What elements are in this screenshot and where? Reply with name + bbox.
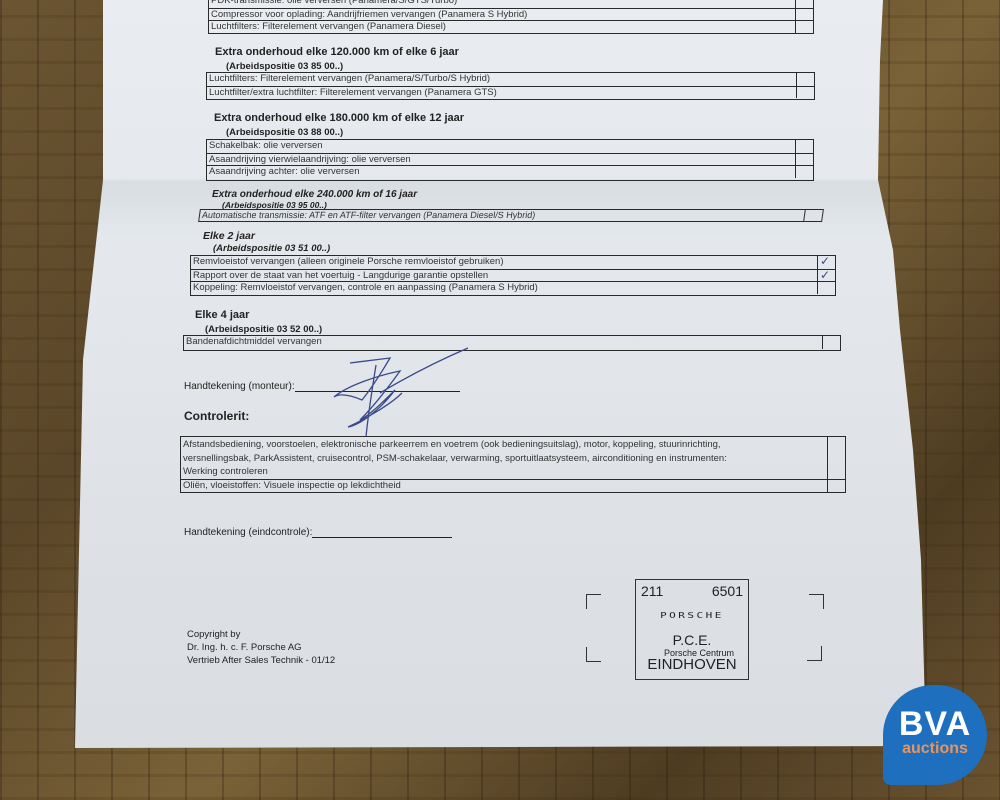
checklist-table: Automatische transmissie: ATF en ATF-fil… — [198, 209, 824, 222]
table-row: Luchtfilters: Filterelement vervangen (P… — [207, 73, 814, 86]
stamp-code-right: 6501 — [712, 583, 743, 599]
table-row: Automatische transmissie: ATF en ATF-fil… — [199, 210, 823, 221]
table-row: Compressor voor oplading: Aandrijfriemen… — [209, 8, 813, 21]
checkbox[interactable] — [827, 437, 845, 479]
checkbox[interactable] — [795, 166, 813, 178]
stamp-city: EINDHOVEN — [636, 656, 748, 673]
section-title: Elke 2 jaar — [203, 230, 255, 242]
table-row: Oliën, vloeistoffen: Visuele inspectie o… — [181, 479, 845, 492]
signature-final-field: Handtekening (eindcontrole): — [184, 527, 452, 538]
table-row: Remvloeistof vervangen (alleen originele… — [191, 256, 835, 269]
signature-final-label: Handtekening (eindcontrole): — [184, 527, 312, 538]
section-position: (Arbeidspositie 03 85 00..) — [226, 61, 343, 72]
checkbox[interactable] — [803, 210, 823, 221]
top-checklist-table: PDK-transmissie: olie verversen (Panamer… — [208, 0, 814, 34]
stamp-code-left: 211 — [641, 583, 663, 599]
table-row: Afstandsbediening, voorstoelen, elektron… — [181, 437, 845, 479]
section-title: Elke 4 jaar — [195, 309, 249, 321]
checkmark-icon: ✓ — [820, 254, 830, 268]
table-row: Schakelbak: olie verversen — [207, 140, 813, 153]
stamp-corner — [809, 594, 824, 609]
checkbox[interactable] — [795, 9, 813, 21]
table-row: Luchtfilter/extra luchtfilter: Filterele… — [207, 86, 814, 99]
checkbox[interactable] — [796, 87, 814, 99]
copyright-block: Copyright by Dr. Ing. h. c. F. Porsche A… — [187, 628, 335, 667]
checklist-table: Schakelbak: olie verversen Asaandrijving… — [206, 139, 814, 181]
signature-mechanic-label: Handtekening (monteur): — [184, 381, 295, 392]
table-row: Asaandrijving vierwielaandrijving: olie … — [207, 153, 813, 166]
checkbox[interactable] — [796, 73, 814, 86]
signature-line[interactable] — [312, 537, 452, 538]
stamp-corner — [586, 594, 601, 609]
document-paper — [0, 0, 1000, 800]
checkbox[interactable]: ✓ — [817, 270, 835, 282]
stamp-dealer: P.C.E. — [636, 632, 748, 648]
stamp-corner — [586, 647, 601, 662]
table-row: Bandenafdichtmiddel vervangen — [184, 336, 840, 349]
control-heading: Controlerit: — [184, 409, 249, 423]
section-position: (Arbeidspositie 03 51 00..) — [213, 243, 330, 254]
stamp-brand-logo: PORSCHE — [636, 611, 748, 620]
bva-auctions-logo: BVA auctions — [883, 685, 987, 785]
signature-scribble — [320, 345, 480, 440]
table-row: PDK-transmissie: olie verversen (Panamer… — [209, 0, 813, 8]
checkbox[interactable] — [795, 140, 813, 153]
section-position: (Arbeidspositie 03 52 00..) — [205, 324, 322, 335]
checklist-table: Bandenafdichtmiddel vervangen — [183, 335, 841, 351]
section-position: (Arbeidspositie 03 88 00..) — [226, 127, 343, 138]
checklist-table: Luchtfilters: Filterelement vervangen (P… — [206, 72, 815, 100]
checkbox[interactable] — [817, 282, 835, 294]
section-title: Extra onderhoud elke 180.000 km of elke … — [214, 112, 464, 124]
checkmark-icon: ✓ — [820, 268, 830, 282]
section-title: Extra onderhoud elke 120.000 km of elke … — [215, 46, 459, 58]
control-checklist-table: Afstandsbediening, voorstoelen, elektron… — [180, 436, 846, 493]
checkbox[interactable] — [822, 336, 840, 349]
section-title: Extra onderhoud elke 240.000 km of 16 ja… — [212, 189, 417, 200]
stamp-corner — [807, 646, 822, 661]
checkbox[interactable] — [795, 154, 813, 166]
table-row: Koppeling: Remvloeistof vervangen, contr… — [191, 281, 835, 294]
dealer-stamp: 211 6501 PORSCHE P.C.E. Porsche Centrum … — [635, 579, 749, 680]
checkbox[interactable] — [795, 21, 813, 33]
bva-brand: BVA — [883, 705, 987, 744]
checkbox[interactable] — [827, 480, 845, 492]
table-row: Rapport over de staat van het voertuig -… — [191, 269, 835, 282]
table-row: Asaandrijving achter: olie verversen — [207, 165, 813, 178]
checklist-table: Remvloeistof vervangen (alleen originele… — [190, 255, 836, 296]
table-row: Luchtfilters: Filterelement vervangen (P… — [209, 20, 813, 33]
checkbox[interactable] — [795, 0, 813, 8]
bva-sub: auctions — [883, 740, 987, 758]
